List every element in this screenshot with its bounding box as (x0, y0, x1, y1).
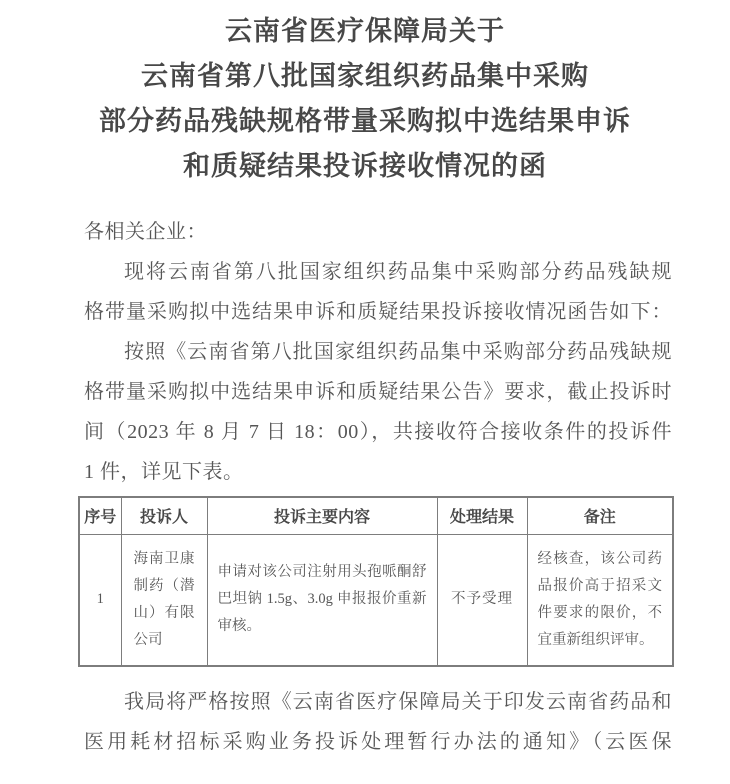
document-body: 各相关企业：现将云南省第八批国家组织药品集中采购部分药品残缺规格带量采购拟中选结… (84, 212, 672, 762)
complaint-table-body: 1海南卫康制药（潜山）有限公司申请对该公司注射用头孢哌酮舒巴坦钠 1.5g、3.… (79, 534, 673, 666)
document-title: 云南省医疗保障局关于云南省第八批国家组织药品集中采购部分药品残缺规格带量采购拟中… (0, 0, 730, 189)
body-text-after-table: 我局将严格按照《云南省医疗保障局关于印发云南省药品和医用耗材招标采购业务投诉处理… (84, 682, 672, 762)
body-line: 我局将严格按照《云南省医疗保障局关于印发云南省药品和 (84, 682, 672, 722)
body-line: 格带量采购拟中选结果申诉和质疑结果公告》要求，截止投诉时 (84, 372, 672, 412)
title-line: 云南省第八批国家组织药品集中采购 (0, 54, 730, 99)
body-line: 各相关企业： (84, 212, 672, 252)
title-line: 和质疑结果投诉接收情况的函 (0, 144, 730, 189)
table-header-cell: 投诉人 (121, 497, 207, 534)
table-cell-remark: 经核查，该公司药品报价高于招采文件要求的限价，不宜重新组织评审。 (527, 534, 673, 666)
table-header-row: 序号投诉人投诉主要内容处理结果备注 (79, 497, 673, 534)
body-line: 格带量采购拟中选结果申诉和质疑结果投诉接收情况函告如下： (84, 292, 672, 332)
table-header-cell: 处理结果 (437, 497, 527, 534)
table-header-cell: 序号 (79, 497, 121, 534)
body-line: 间（2023 年 8 月 7 日 18：00），共接收符合接收条件的投诉件 (84, 412, 672, 452)
table-cell-complainant: 海南卫康制药（潜山）有限公司 (121, 534, 207, 666)
table-cell-content: 申请对该公司注射用头孢哌酮舒巴坦钠 1.5g、3.0g 申报报价重新审核。 (207, 534, 437, 666)
title-line: 云南省医疗保障局关于 (0, 9, 730, 54)
table-header-cell: 备注 (527, 497, 673, 534)
table-cell-result: 不予受理 (437, 534, 527, 666)
body-line: 1 件，详见下表。 (84, 452, 672, 492)
title-line: 部分药品残缺规格带量采购拟中选结果申诉 (0, 99, 730, 144)
body-line: 按照《云南省第八批国家组织药品集中采购部分药品残缺规 (84, 332, 672, 372)
complaint-table: 序号投诉人投诉主要内容处理结果备注 1海南卫康制药（潜山）有限公司申请对该公司注… (78, 496, 674, 667)
body-line: 现将云南省第八批国家组织药品集中采购部分药品残缺规 (84, 252, 672, 292)
body-text-before-table: 各相关企业：现将云南省第八批国家组织药品集中采购部分药品残缺规格带量采购拟中选结… (84, 212, 672, 492)
table-cell-seq: 1 (79, 534, 121, 666)
complaint-table-header: 序号投诉人投诉主要内容处理结果备注 (79, 497, 673, 534)
table-header-cell: 投诉主要内容 (207, 497, 437, 534)
document-page: 云南省医疗保障局关于云南省第八批国家组织药品集中采购部分药品残缺规格带量采购拟中… (0, 0, 730, 784)
body-line: 医用耗材招标采购业务投诉处理暂行办法的通知》（云医保 (84, 722, 672, 762)
table-row: 1海南卫康制药（潜山）有限公司申请对该公司注射用头孢哌酮舒巴坦钠 1.5g、3.… (79, 534, 673, 666)
